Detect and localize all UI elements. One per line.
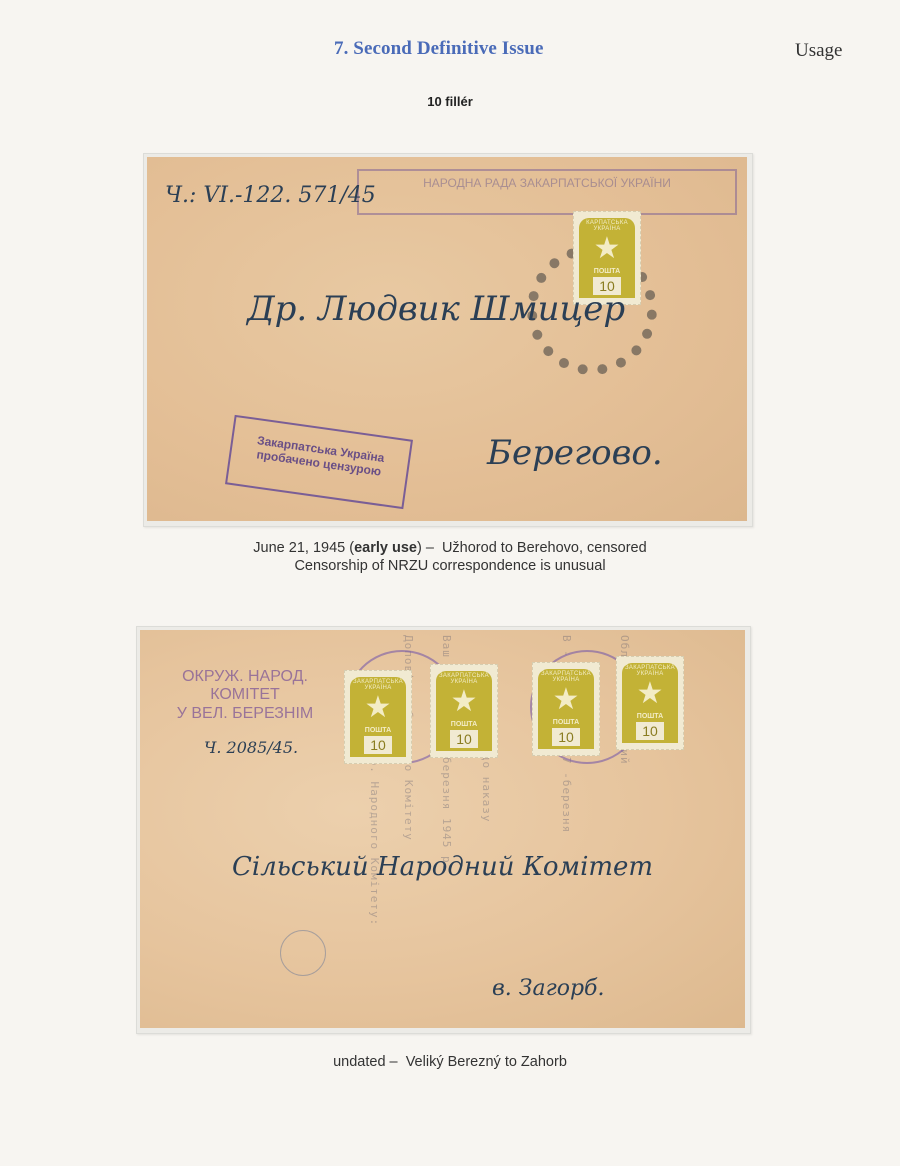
- cover-2-handwritten-reference: Ч. 2085/45.: [204, 738, 298, 757]
- denomination-subtitle: 10 fillér: [0, 94, 900, 109]
- star-icon: ★: [436, 687, 492, 717]
- cover-2-circled-mark: [280, 930, 326, 976]
- postage-stamp: ЗАКАРПАТСЬКА УКРАЇНА★ПОШТА10: [616, 656, 684, 750]
- postage-stamp: ЗАКАРПАТСЬКА УКРАЇНА★ПОШТА10: [430, 664, 498, 758]
- cover-1-cachet-top: НАРОДНА РАДА ЗАКАРПАТСЬКОЇ УКРАЇНИ: [357, 169, 737, 215]
- star-icon: ★: [622, 679, 678, 709]
- cover-1: НАРОДНА РАДА ЗАКАРПАТСЬКОЇ УКРАЇНИ Ч.: V…: [147, 157, 747, 521]
- cover-1-handwritten-reference: Ч.: VI.-122. 571/45: [165, 183, 376, 208]
- cover-1-caption: June 21, 1945 (early use) – Užhorod to B…: [0, 539, 900, 575]
- star-icon: ★: [538, 685, 594, 715]
- page-title: 7. Second Definitive Issue: [334, 38, 544, 60]
- page-section-label: Usage: [795, 40, 842, 62]
- cover-2: Голове Окр. Народного Комітету: Доповідь…: [140, 630, 745, 1028]
- cover-2-addressee: Сільський Народний Комітет: [232, 852, 653, 882]
- cover-2-sender-cachet: ОКРУЖ. НАРОД. КОМІТЕТ У ВЕЛ. БЕРЕЗНІМ: [160, 668, 330, 723]
- star-icon: ★: [579, 234, 635, 264]
- cover-2-caption: undated – Veliký Berezný to Zahorb: [0, 1053, 900, 1071]
- postage-stamp: ЗАКАРПАТСЬКА УКРАЇНА★ПОШТА10: [344, 670, 412, 764]
- cover-2-destination: в. Загорб.: [492, 976, 604, 1001]
- star-icon: ★: [350, 693, 406, 723]
- postage-stamp: ЗАКАРПАТСЬКА УКРАЇНА★ПОШТА10: [532, 662, 600, 756]
- cover-1-censor-cachet: Закарпатська Україна пробачено цензурою: [225, 415, 413, 509]
- cover-1-addressee: Др. Людвик Шмицер: [247, 289, 625, 329]
- cover-1-destination: Берегово.: [487, 433, 663, 473]
